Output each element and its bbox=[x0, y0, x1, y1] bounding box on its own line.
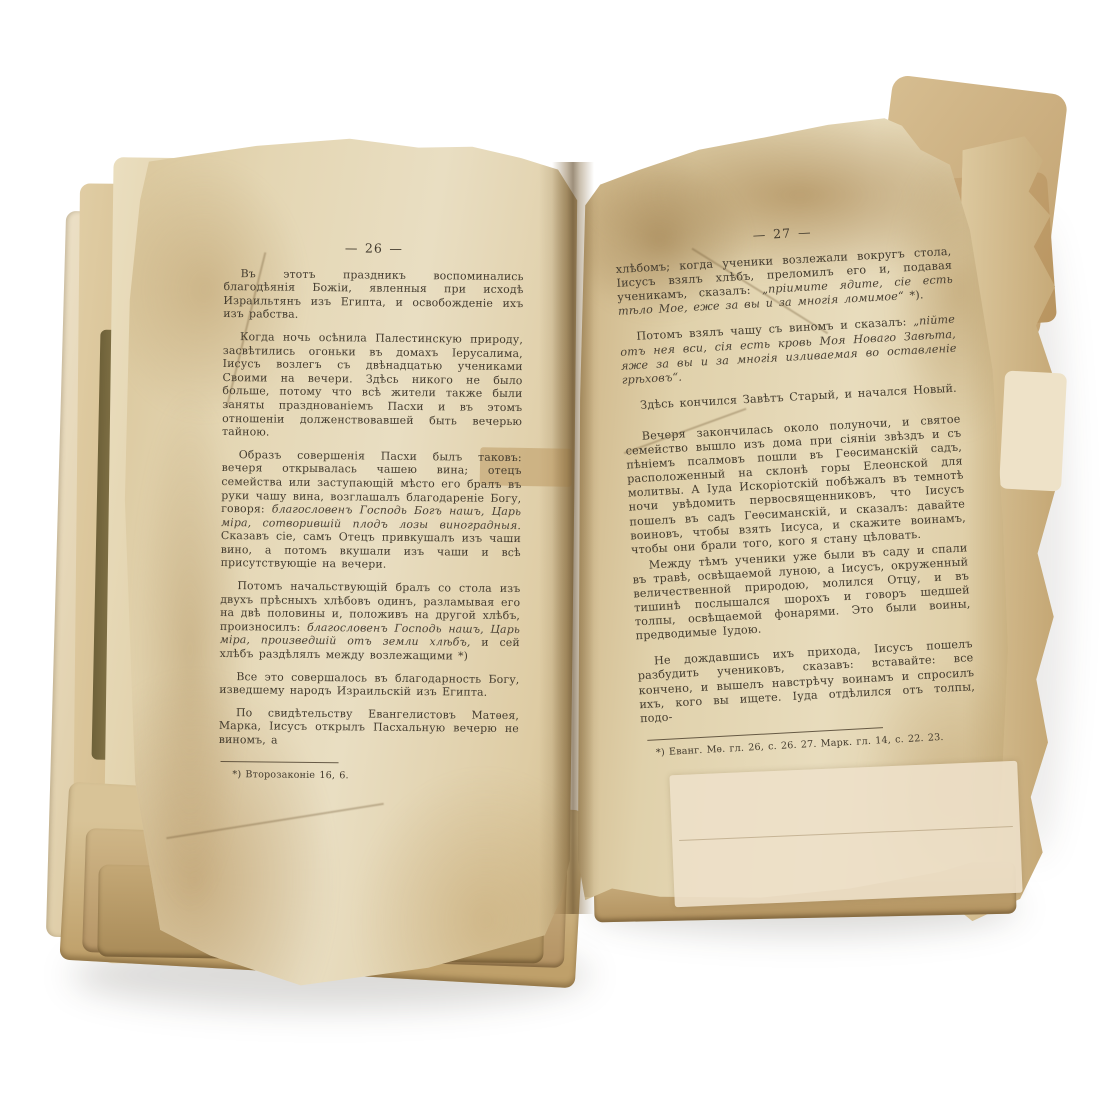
paragraph: Когда ночь осѣнила Палестинскую природу,… bbox=[222, 330, 523, 442]
paragraph: Потомъ взялъ чашу съ виномъ и сказалъ: „… bbox=[619, 313, 958, 387]
paragraph-text: Когда ночь осѣнила Палестинскую природу,… bbox=[222, 330, 523, 438]
paragraph-text: *). bbox=[904, 289, 924, 303]
paragraph-text: По свидѣтельству Евангелистовъ Матѳея, М… bbox=[219, 706, 519, 747]
left-page-text: — 26 — Въ этотъ праздникъ воспоминались … bbox=[218, 240, 524, 784]
paragraph-text: Сказавъ сіе, самъ Отецъ привкушалъ изъ ч… bbox=[221, 529, 521, 571]
paragraph: Все это совершалось въ благодарность Бог… bbox=[219, 670, 519, 700]
paragraph: Вечеря закончилась около полуночи, и свя… bbox=[625, 412, 967, 557]
paragraph-text: Вечеря закончилась около полуночи, и свя… bbox=[625, 412, 966, 556]
page-number-left: — 26 — bbox=[224, 240, 524, 257]
paragraph: Образъ совершенія Пасхи былъ таковъ: веч… bbox=[221, 448, 522, 573]
book-gutter bbox=[552, 162, 594, 914]
footnote-separator bbox=[221, 761, 339, 763]
paragraph: Здѣсь кончился Завѣтъ Старый, и начался … bbox=[623, 381, 959, 413]
paragraph: Между тѣмъ ученики уже были въ саду и сп… bbox=[632, 541, 972, 644]
crease bbox=[679, 826, 1013, 841]
paragraph-text: Между тѣмъ ученики уже были въ саду и сп… bbox=[632, 541, 970, 643]
paragraph-text: Все это совершалось въ благодарность Бог… bbox=[219, 670, 519, 699]
paragraph: По свидѣтельству Евангелистовъ Матѳея, М… bbox=[219, 706, 519, 750]
paragraph: Не дождавшись ихъ прихода, Іисусъ пошелъ… bbox=[637, 638, 976, 727]
pasted-paper-patch bbox=[669, 761, 1022, 907]
paragraph-text: Здѣсь кончился Завѣтъ Старый, и начался … bbox=[640, 382, 957, 412]
paragraph-text: Въ этотъ праздникъ воспоминались благодѣ… bbox=[223, 267, 524, 321]
page-stack-sheet bbox=[999, 370, 1067, 491]
paragraph: Потомъ начальствующій бралъ со стола изъ… bbox=[220, 579, 521, 664]
paragraph: хлѣбомъ; когда ученики возлежали вокругъ… bbox=[615, 245, 954, 319]
paragraph-text: Не дождавшись ихъ прихода, Іисусъ пошелъ… bbox=[637, 638, 975, 725]
right-page-text: — 27 — хлѣбомъ; когда ученики возлежали … bbox=[614, 218, 978, 761]
paragraph: Въ этотъ праздникъ воспоминались благодѣ… bbox=[223, 267, 524, 325]
book-photo: — 26 — Въ этотъ праздникъ воспоминались … bbox=[0, 0, 1100, 1100]
